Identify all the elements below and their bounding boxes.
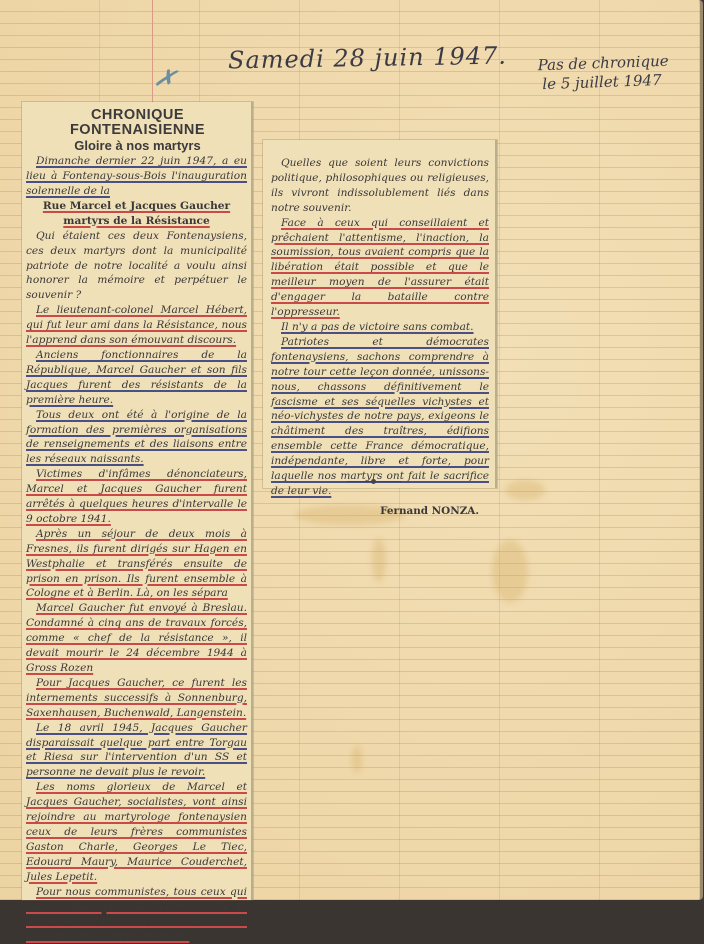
- paragraph: Face à ceux qui conseillaient et prêchai…: [271, 216, 489, 320]
- paper-stain: [505, 480, 545, 500]
- street-dedication: martyrs de la Résistance: [26, 214, 247, 229]
- paper-stain: [352, 745, 362, 773]
- article-body-left: Dimanche dernier 22 juin 1947, a eu lieu…: [22, 154, 253, 900]
- newspaper-clipping-left: CHRONIQUE FONTENAISIENNE Gloire à nos ma…: [22, 102, 253, 900]
- article-title: CHRONIQUE FONTENAISIENNE Gloire à nos ma…: [22, 108, 253, 154]
- handwritten-date: Samedi 28 juin 1947.: [228, 42, 507, 75]
- cross-mark: ✗: [151, 62, 179, 96]
- paper-stain: [372, 538, 386, 582]
- title-line-2: FONTENAISIENNE: [22, 123, 253, 138]
- paragraph: Les noms glorieux de Marcel et Jacques G…: [26, 780, 247, 884]
- street-name: Rue Marcel et Jacques Gaucher: [26, 199, 247, 214]
- paragraph: Le 18 avril 1945, Jacques Gaucher dispar…: [26, 721, 247, 781]
- handwritten-note: Pas de chronique le 5 juillet 1947: [537, 52, 669, 95]
- intro-paragraph: Dimanche dernier 22 juin 1947, a eu lieu…: [26, 154, 247, 199]
- paragraph: Qui étaient ces deux Fontenaysiens, ces …: [26, 229, 247, 304]
- paragraph: Marcel Gaucher fut envoyé à Breslau. Con…: [26, 601, 247, 676]
- paragraph: Le lieutenant-colonel Marcel Hébert, qui…: [26, 303, 247, 348]
- paragraph: Il n'y a pas de victoire sans combat.: [271, 320, 489, 335]
- paragraph: Tous deux ont été à l'origine de la form…: [26, 408, 247, 468]
- notebook-page: ✗ Samedi 28 juin 1947. Pas de chronique …: [0, 0, 703, 900]
- title-line-1: CHRONIQUE: [22, 108, 253, 123]
- paragraph: Quelles que soient leurs convictions pol…: [271, 156, 489, 216]
- paragraph: Après un séjour de deux mois à Fresnes, …: [26, 527, 247, 602]
- paper-stain: [492, 540, 528, 602]
- article-subtitle: Gloire à nos martyrs: [22, 138, 253, 154]
- article-body-right: Quelles que soient leurs convictions pol…: [263, 140, 497, 499]
- author-signature: Fernand NONZA.: [263, 505, 497, 517]
- note-line-2: le 5 juillet 1947: [538, 71, 670, 95]
- paragraph: Pour Jacques Gaucher, ce furent les inte…: [26, 676, 247, 721]
- paragraph: Pour nous communistes, tous ceux qui son…: [26, 885, 247, 900]
- ornament-divider: [347, 481, 401, 482]
- paragraph: Patriotes et démocrates fontenaysiens, s…: [271, 335, 489, 499]
- paragraph: Anciens fonctionnaires de la République,…: [26, 348, 247, 408]
- paragraph: Victimes d'infâmes dénonciateurs, Marcel…: [26, 467, 247, 527]
- newspaper-clipping-right: Quelles que soient leurs convictions pol…: [263, 140, 497, 488]
